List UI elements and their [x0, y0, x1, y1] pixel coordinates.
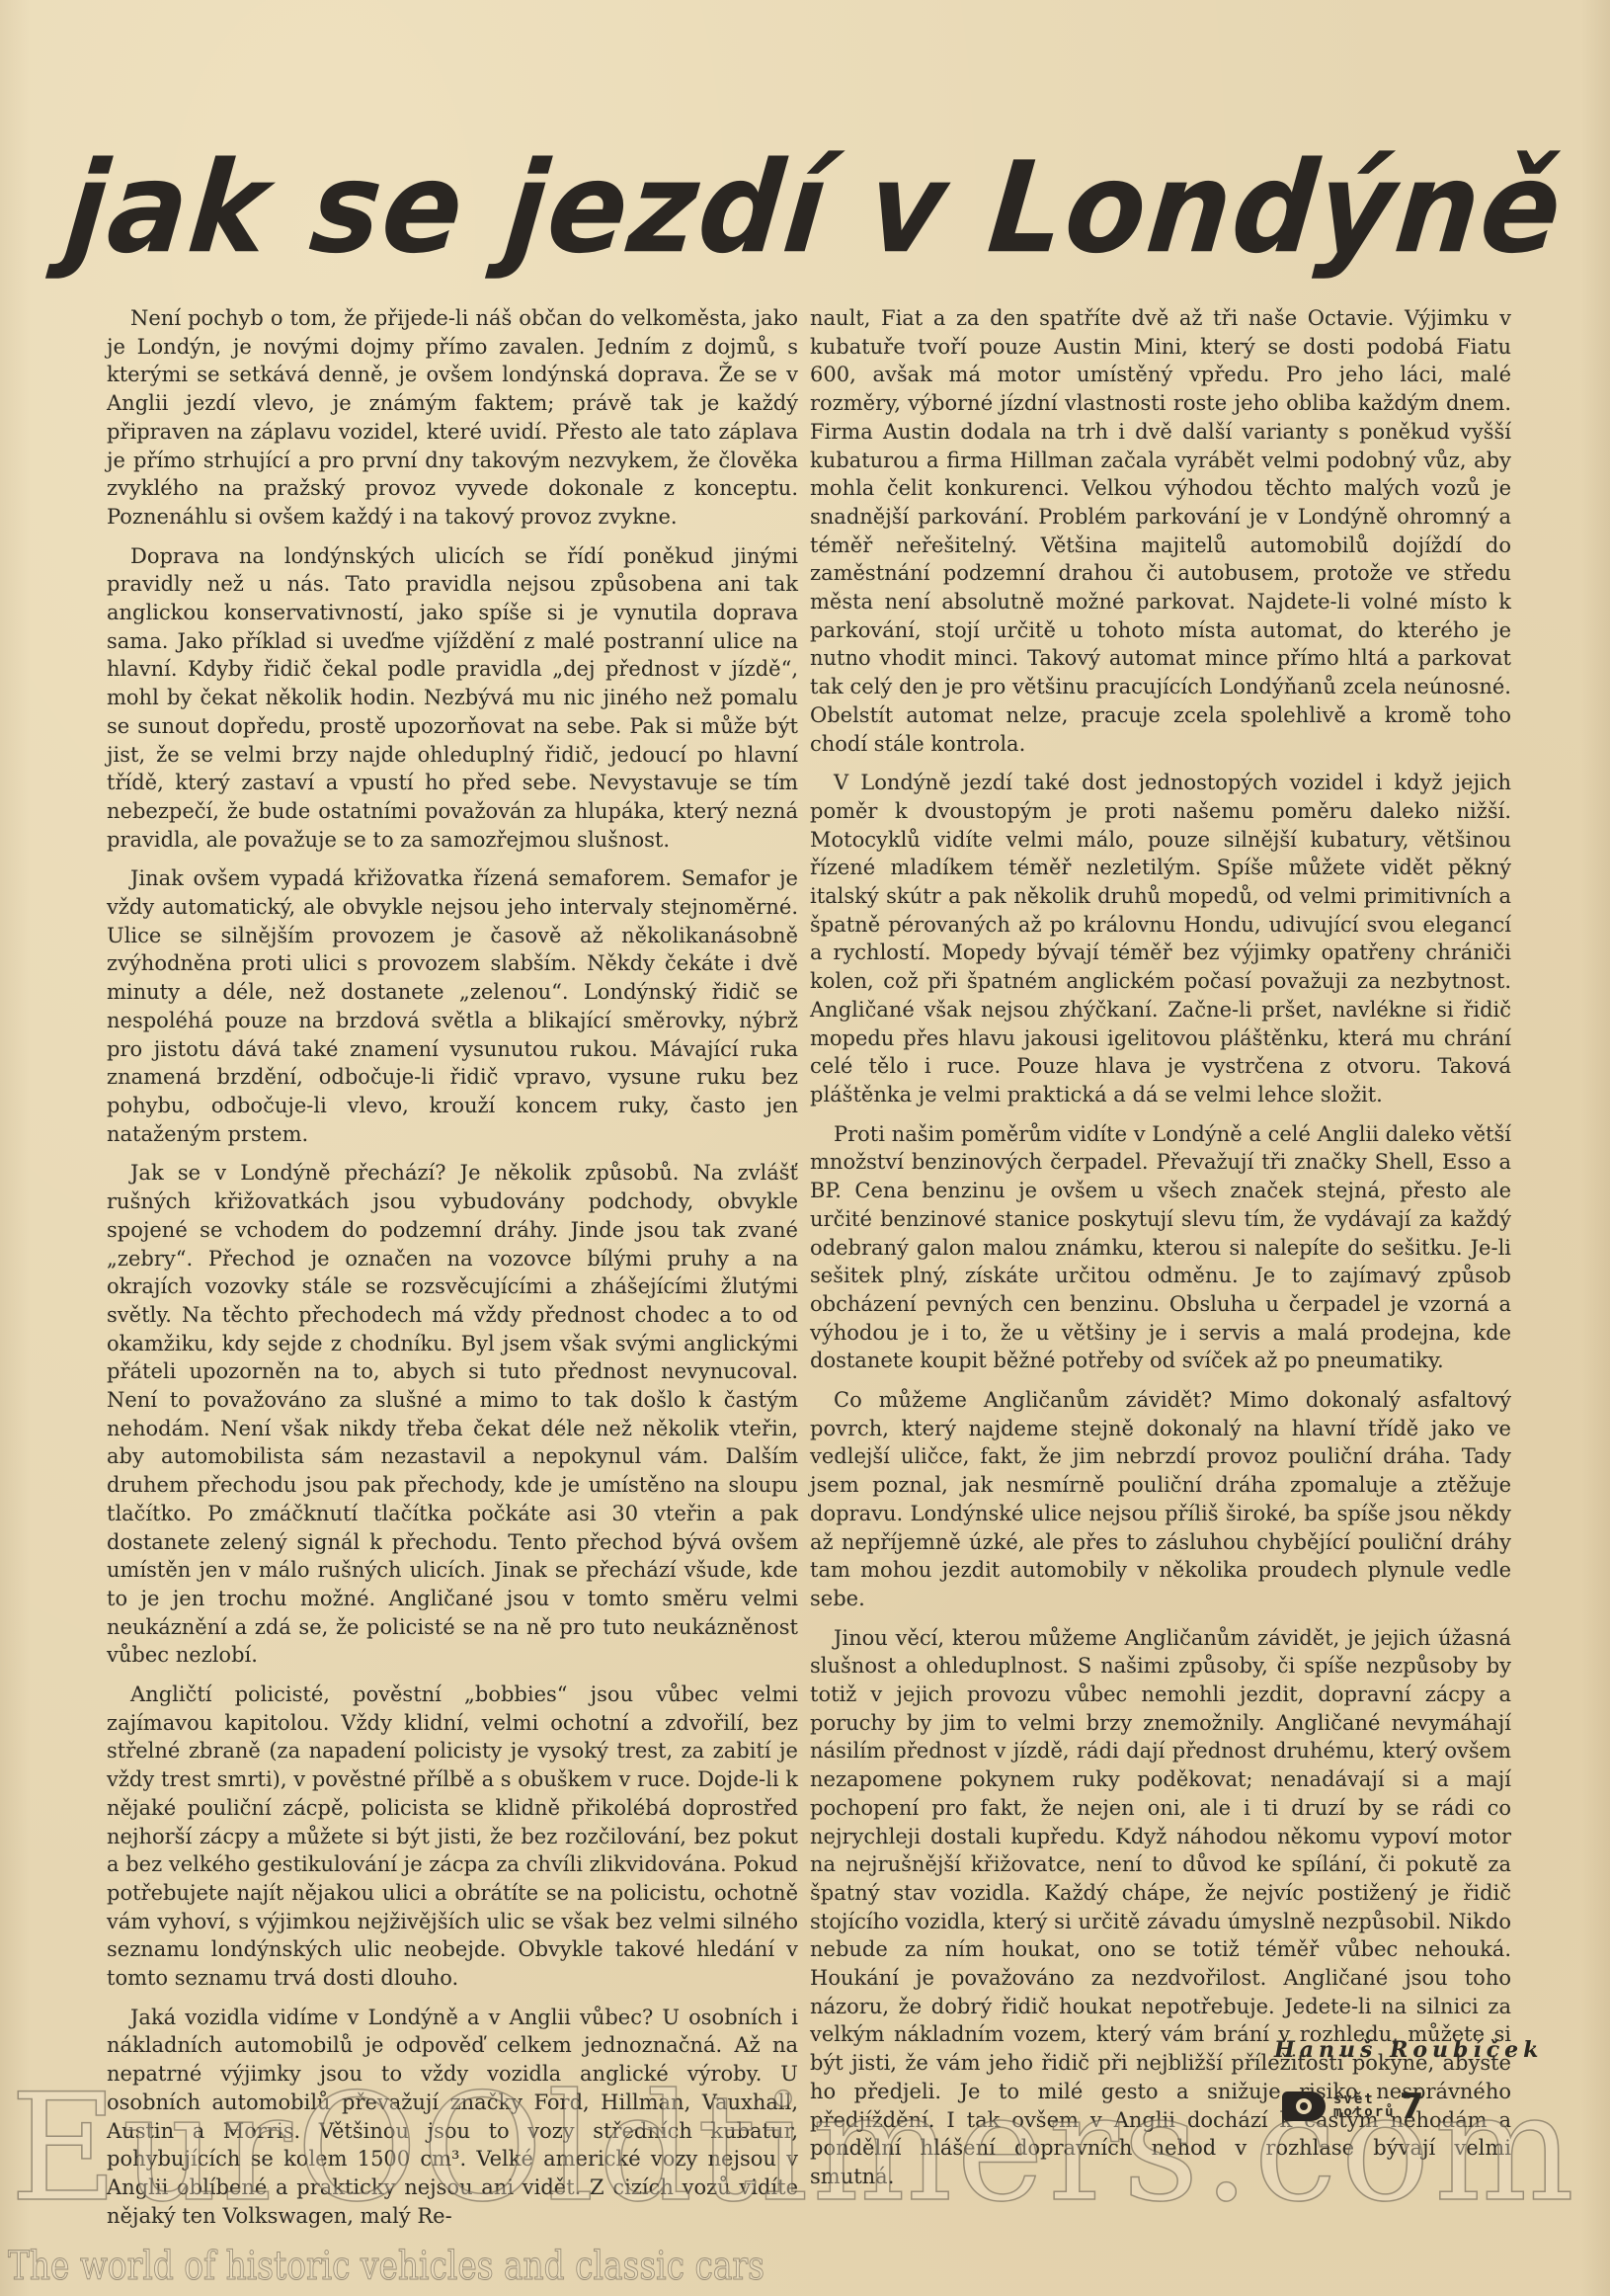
paragraph: Jinak ovšem vypadá křižovatka řízená sem…: [107, 864, 798, 1148]
paragraph: V Londýně jezdí také dost jednostopých v…: [810, 769, 1511, 1108]
left-column: Není pochyb o tom, že přijede-li náš obč…: [107, 304, 798, 2241]
eye-arrow-logo-icon: [1282, 2091, 1326, 2121]
watermark-tagline: The world of historic vehicles and class…: [8, 2243, 765, 2290]
paragraph: Jak se v Londýně přechází? Je několik zp…: [107, 1159, 798, 1670]
magazine-footer: svět motorů 7: [1282, 2087, 1424, 2126]
article-title: jak se jezdí v Londýně: [60, 132, 1537, 282]
paragraph: Angličtí policisté, pověstní „bobbies“ j…: [107, 1681, 798, 1993]
paragraph: nault, Fiat a za den spatříte dvě až tři…: [810, 304, 1511, 758]
paragraph: Proti našim poměrům vidíte v Londýně a c…: [810, 1120, 1511, 1375]
paragraph: Není pochyb o tom, že přijede-li náš obč…: [107, 304, 798, 532]
page-number: 7: [1400, 2087, 1424, 2127]
paragraph: Co můžeme Angličanům závidět? Mimo dokon…: [810, 1386, 1511, 1613]
right-column: nault, Fiat a za den spatříte dvě až tři…: [810, 304, 1511, 2202]
magazine-name-line2: motorů: [1333, 2106, 1396, 2119]
author-signature: Hanuš Roubíček: [1274, 2037, 1543, 2063]
paragraph: Doprava na londýnských ulicích se řídí p…: [107, 542, 798, 855]
magazine-name: svět motorů: [1333, 2093, 1396, 2119]
